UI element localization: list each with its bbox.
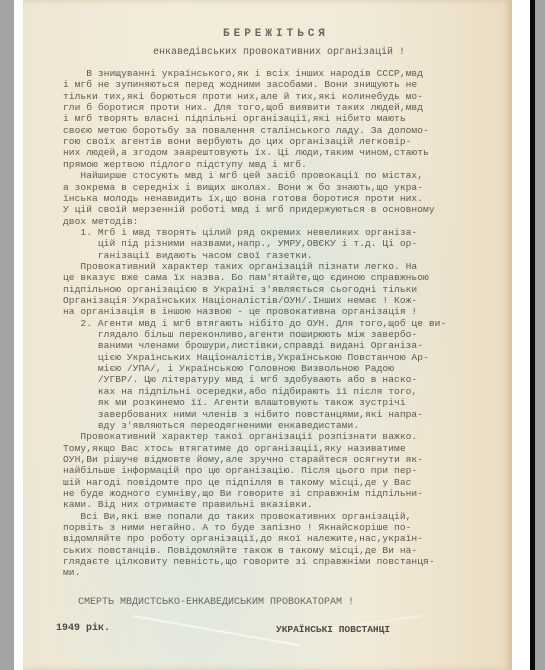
document-signature: УКРАЇНСЬКІ ПОВСТАНЦІ (276, 624, 390, 635)
page-margin-left (14, 0, 23, 670)
document-page: БЕРЕЖІТЬСЯ енкаведівських провокативних … (23, 0, 512, 670)
text-line: Провокативний характер таких організацій… (63, 261, 417, 272)
text-line: відомляйте про роботу організації,до яко… (63, 533, 423, 544)
text-line: Найширше стосують мвд і мгб цей засіб пр… (63, 170, 423, 181)
text-line: Провокативний характер такої організації… (63, 431, 417, 442)
text-line: гою своїх агентів вони вербують до цих о… (63, 136, 411, 147)
text-line: вду з'являються переодягненими енкаведис… (63, 420, 359, 431)
text-line: двох методів: (63, 216, 139, 227)
text-line: підпільною організацією в Україні з'явля… (63, 284, 417, 295)
text-line: і мгб не зупиняються перед жодними засоб… (63, 79, 417, 90)
text-line: на організація в іншою назвою - це прово… (63, 306, 417, 317)
text-line: і мгб творять власні підпільні організац… (63, 113, 406, 124)
text-line: У цій своїй мерзенній роботі мвд і мгб п… (63, 204, 435, 215)
text-line: /УГВР/. Цю літературу мвд і мгб здобуваю… (63, 374, 417, 385)
text-line: 2. Агенти мвд і мгб втягають нібіто до О… (63, 318, 446, 329)
text-line: Всі Ви,які вже попали до таких провокати… (63, 511, 411, 522)
text-line: ми. (63, 567, 80, 578)
text-line: це вказує вже сама їх назва. Бо пам'ятай… (63, 272, 429, 283)
text-line: ОУН,Ви рішуче відмовте йому,але зручно с… (63, 454, 423, 465)
document-title: БЕРЕЖІТЬСЯ (223, 28, 329, 40)
text-line: їнська молодь ненавидить їх,що вона гото… (63, 193, 423, 204)
document-subtitle: енкаведівських провокативних організацій… (153, 47, 405, 58)
text-line: глядало більш переконливо,агенти поширюю… (63, 329, 417, 340)
text-line: мією /УПА/, і Українською Головною Визво… (63, 363, 394, 374)
text-line: тільки тих,які борються проти них,але й … (63, 91, 423, 102)
document-date: 1949 рік. (56, 623, 110, 634)
text-line: 1. Мгб і мвд творять цілий ряд окремих н… (63, 227, 417, 238)
text-line: завербованих ними членів з нібито повста… (63, 409, 423, 420)
text-line: ських повстанців. Повідомляйте також в т… (63, 545, 417, 556)
text-line: шій нагоді повідомте про це підпілля в т… (63, 477, 411, 488)
text-line: ваними членами брошури,листівки,справді … (63, 340, 423, 351)
text-line: них людей,а згодом заарештовують їх. Ці … (63, 147, 429, 158)
text-line: глядаєте цілковиту певність,що говорите … (63, 556, 435, 567)
text-line: а зокрема в середніх і вищих школах. Вон… (63, 182, 423, 193)
text-line: прямою жертвою підлого підступу мвд і мг… (63, 159, 307, 170)
text-line: порвіть з ними негайно. А то буде запізн… (63, 522, 411, 533)
text-line: ганізації видають часом свої газетки. (63, 250, 313, 261)
closing-slogan: СМЕРТЬ МВДИСТСЬКО-ЕНКАВЕДИСЬКИМ ПРОВОКАТ… (78, 597, 354, 608)
text-line: Організація Українських Націоналістів/ОУ… (63, 295, 417, 306)
text-line: як ми розкинемо її. Агенти влаштовують т… (63, 397, 406, 408)
text-line: ками. Від них отримаєте правильні вказів… (63, 499, 313, 510)
page-margin-right (512, 0, 530, 670)
text-line: ках на підпільні осередки,або підбирають… (63, 386, 417, 397)
text-line: не буде жодного сумніву,що Ви говорите з… (63, 488, 423, 499)
text-line: В знищуванні українського,як і всіх інши… (63, 68, 423, 79)
text-line: гли б боротися проти них. Для того,щоб в… (63, 102, 423, 113)
text-line: цій під різними назвами,напр., УМРУ,ОВЄК… (63, 238, 417, 249)
text-line: Тому,якщо Вас хтось втягатиме до організ… (63, 443, 406, 454)
text-line: своєю метою боротьбу за повалення сталін… (63, 125, 429, 136)
text-line: цією Українських Націоналістів,Українськ… (63, 352, 429, 363)
text-line: найбільше інформацій про цю організацію.… (63, 465, 417, 476)
viewer-edge (530, 0, 535, 670)
